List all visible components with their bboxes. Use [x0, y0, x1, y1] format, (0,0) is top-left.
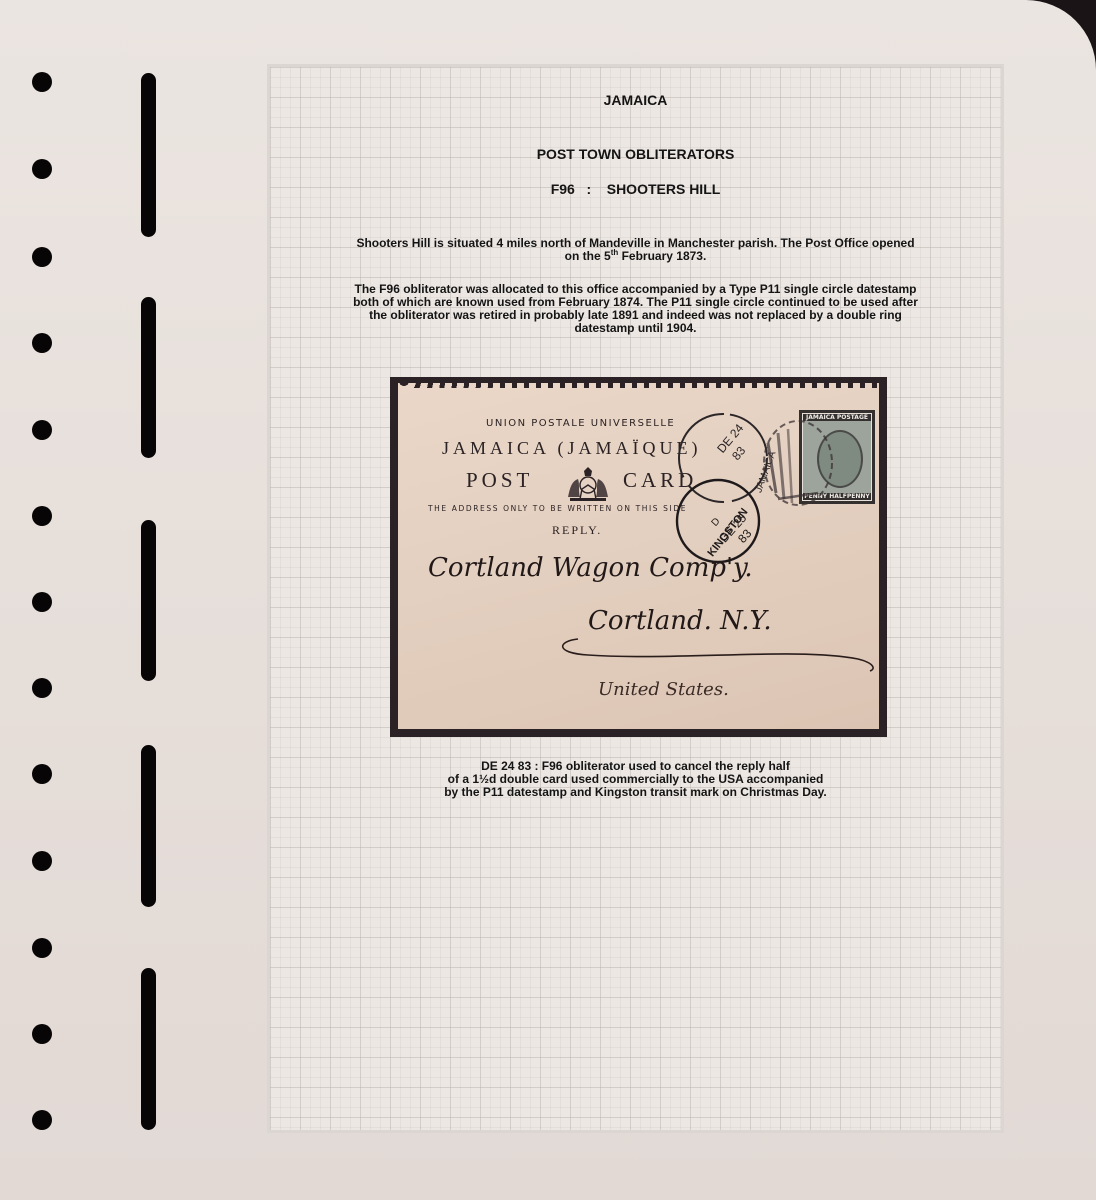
- intro-text: February 1873.: [618, 249, 706, 263]
- album-page: JAMAICA POST TOWN OBLITERATORS F96 : SHO…: [0, 0, 1096, 1200]
- subtitle: F96 : SHOOTERS HILL: [270, 181, 1001, 197]
- binder-hole-dot: [32, 851, 52, 871]
- binder-hole-dot: [32, 764, 52, 784]
- handwritten-flourish-icon: [558, 635, 878, 675]
- intro-text: on the 5: [565, 249, 611, 263]
- binder-hole-slot: [141, 297, 156, 458]
- royal-coat-of-arms-icon: [558, 463, 618, 503]
- card-upu-heading: UNION POSTALE UNIVERSELLE: [486, 418, 675, 429]
- page-title: JAMAICA: [270, 92, 1001, 108]
- binder-hole-dot: [32, 938, 52, 958]
- post-town-name: SHOOTERS HILL: [607, 181, 721, 197]
- binder-hole-slot: [141, 745, 156, 907]
- binder-hole-dot: [32, 333, 52, 353]
- binder-hole-dot: [32, 247, 52, 267]
- item-caption: DE 24 83 : F96 obliterator used to cance…: [270, 760, 1001, 799]
- binder-hole-dot: [32, 72, 52, 92]
- card-reply-label: REPLY.: [552, 523, 602, 538]
- subtitle-separator: :: [587, 181, 592, 197]
- postcard: UNION POSTALE UNIVERSELLE JAMAICA (JAMAÏ…: [398, 383, 879, 729]
- postcard-mount: UNION POSTALE UNIVERSELLE JAMAICA (JAMAÏ…: [390, 377, 887, 737]
- address-line-country: United States.: [598, 679, 729, 700]
- binder-hole-slot: [141, 520, 156, 681]
- history-paragraph: The F96 obliterator was allocated to thi…: [270, 283, 1001, 335]
- card-country-heading: JAMAICA (JAMAÏQUE): [442, 438, 702, 459]
- history-line: datestamp until 1904.: [270, 322, 1001, 335]
- binder-hole-dot: [32, 159, 52, 179]
- binder-hole-dot: [32, 1024, 52, 1044]
- address-line-city: Cortland. N.Y.: [588, 606, 772, 636]
- perforated-edge: [398, 383, 879, 388]
- address-line-company: Cortland Wagon Comp'y.: [428, 553, 753, 583]
- svg-text:D: D: [710, 516, 723, 529]
- binder-hole-dot: [32, 506, 52, 526]
- section-title: POST TOWN OBLITERATORS: [270, 146, 1001, 162]
- binder-hole-dot: [32, 592, 52, 612]
- card-address-instruction: THE ADDRESS ONLY TO BE WRITTEN ON THIS S…: [428, 504, 687, 513]
- binder-hole-dot: [32, 420, 52, 440]
- caption-line: by the P11 datestamp and Kingston transi…: [270, 786, 1001, 799]
- binder-hole-dot: [32, 1110, 52, 1130]
- f96-obliterator-icon: [758, 413, 838, 513]
- binder-hole-slot: [141, 968, 156, 1130]
- binder-hole-slot: [141, 73, 156, 237]
- binder-hole-dot: [32, 678, 52, 698]
- card-post-word: POST: [466, 468, 533, 493]
- intro-line: on the 5th February 1873.: [270, 250, 1001, 263]
- intro-paragraph: Shooters Hill is situated 4 miles north …: [270, 237, 1001, 263]
- obliterator-code: F96: [551, 181, 575, 197]
